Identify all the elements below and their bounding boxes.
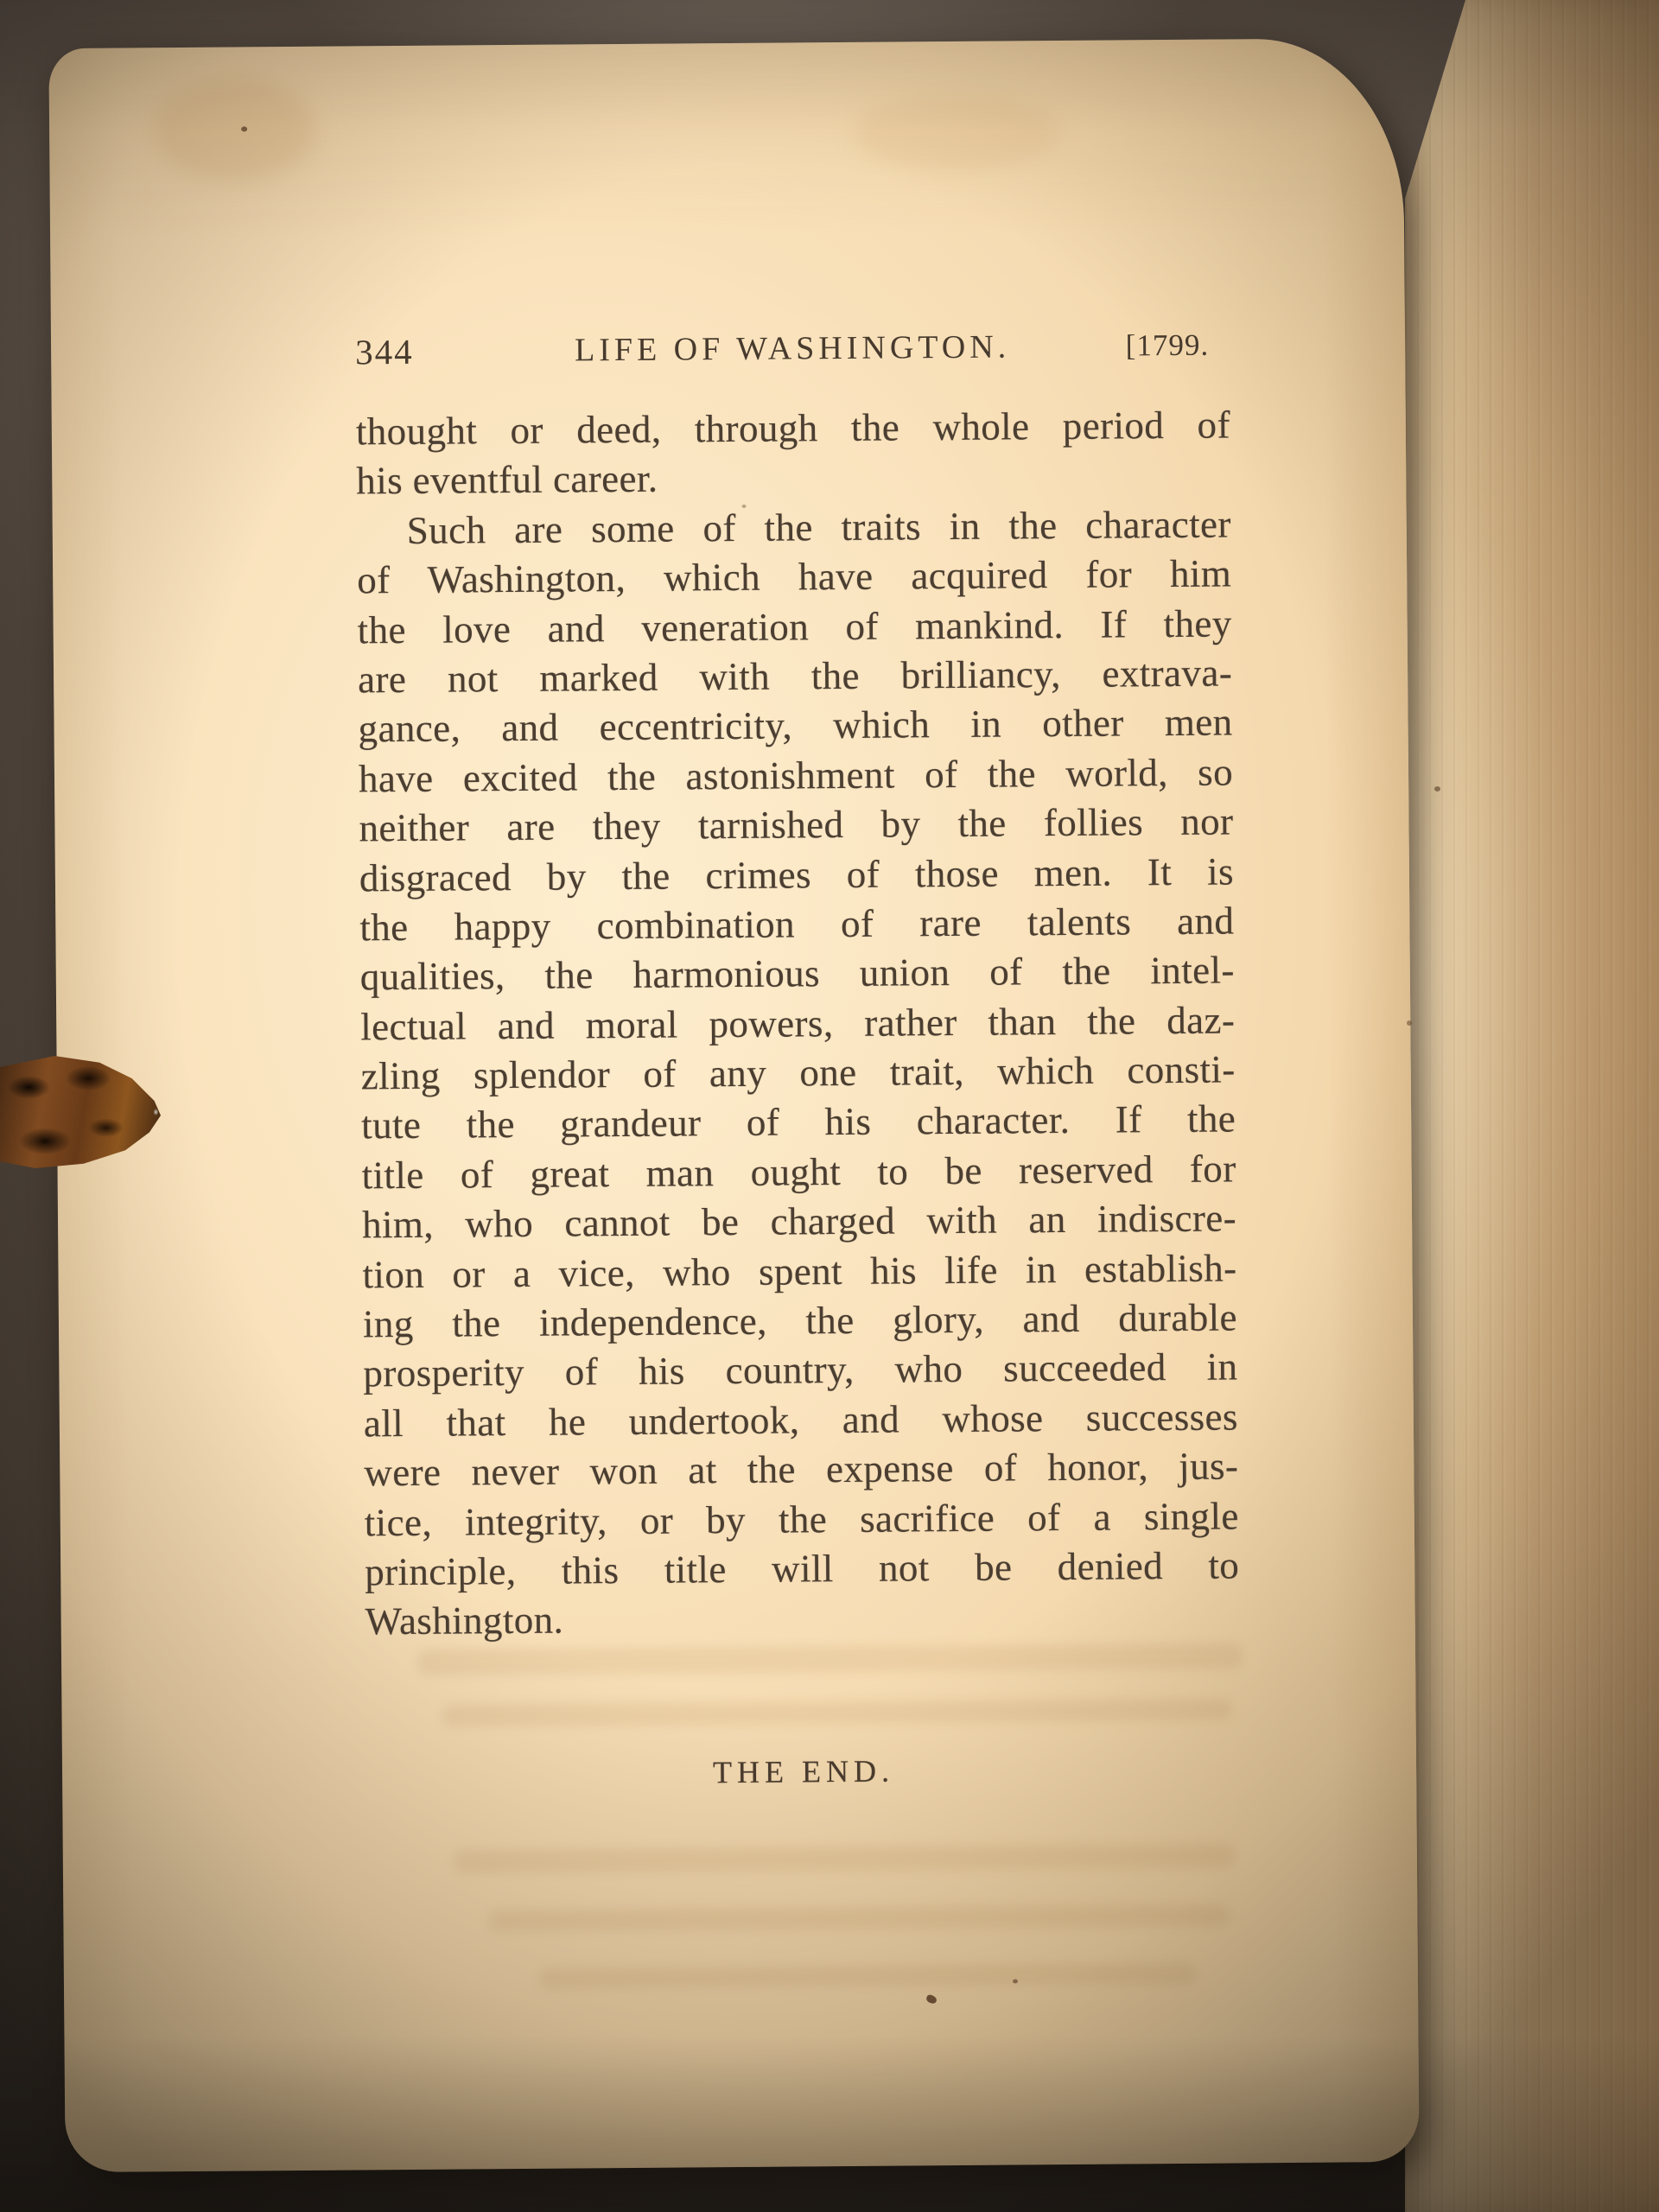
body-text-line: tion or a vice, who spent his life in es… [362, 1243, 1236, 1300]
body-text-line: tice, integrity, or by the sacrifice of … [365, 1491, 1239, 1548]
fore-edge-page-stack [1405, 0, 1659, 2212]
paper-stain [153, 78, 318, 182]
body-text-line: Washington. [365, 1591, 1239, 1647]
running-title: LIFE OF WASHINGTON. [355, 326, 1230, 371]
body-text-line: zling splendor of any one trait, which c… [361, 1046, 1236, 1102]
body-text-line: qualities, the harmonious union of the i… [360, 946, 1235, 1002]
body-text-line: principle, this title will not be denied… [365, 1541, 1239, 1597]
ink-speck [1013, 1979, 1018, 1983]
body-text-line: are not marked with the brilliancy, extr… [358, 648, 1232, 704]
body-text-line: ing the independence, the glory, and dur… [363, 1293, 1237, 1349]
ink-speck [1434, 786, 1440, 791]
body-text-line: neither are they tarnished by the follie… [359, 798, 1233, 854]
body-text-line: tute the grandeur of his character. If t… [361, 1095, 1236, 1151]
body-text-line: were never won at the expense of honor, … [364, 1442, 1238, 1498]
show-through-line [442, 1698, 1232, 1726]
ink-speck [241, 126, 247, 131]
year-marker: [1799. [1126, 328, 1210, 364]
ink-speck [1407, 1020, 1412, 1026]
page-header: 344 LIFE OF WASHINGTON. [1799. [355, 324, 1230, 378]
paper-stain [853, 92, 1061, 172]
book-photo: 344 LIFE OF WASHINGTON. [1799. thought o… [0, 0, 1659, 2212]
body-text-line: disgraced by the crimes of those men. It… [359, 847, 1234, 903]
body-text-line: have excited the astonishment of the wor… [359, 747, 1233, 804]
page-body: thought or deed, through the whole perio… [356, 400, 1240, 1647]
body-text-line: thought or deed, through the whole perio… [356, 400, 1230, 456]
body-text-line: the love and veneration of mankind. If t… [357, 599, 1231, 655]
body-text-line: of Washington, which have acquired for h… [357, 550, 1231, 606]
show-through-line [539, 1963, 1196, 1989]
the-end-label: THE END. [366, 1750, 1241, 1793]
body-text-line: him, who cannot be charged with an indis… [362, 1194, 1236, 1250]
body-text-line: title of great man ought to be reserved … [361, 1144, 1236, 1200]
body-text-line: prosperity of his country, who succeeded… [363, 1343, 1237, 1399]
ink-speck [925, 1993, 938, 2004]
body-text-line: the happy combination of rare talents an… [359, 896, 1234, 952]
body-text-line: his eventful career. [356, 450, 1230, 506]
body-text-line: lectual and moral powers, rather than th… [360, 995, 1235, 1052]
body-text-line: all that he undertook, and whose success… [364, 1392, 1238, 1448]
show-through-line [454, 1843, 1236, 1873]
book-page: 344 LIFE OF WASHINGTON. [1799. thought o… [48, 38, 1419, 2172]
ink-speck [742, 505, 747, 508]
body-text-line: gance, and eccentricity, which in other … [358, 698, 1232, 754]
body-text-line: Such are some of the traits in the chara… [357, 499, 1231, 556]
show-through-line [417, 1643, 1243, 1675]
show-through-line [488, 1904, 1230, 1933]
